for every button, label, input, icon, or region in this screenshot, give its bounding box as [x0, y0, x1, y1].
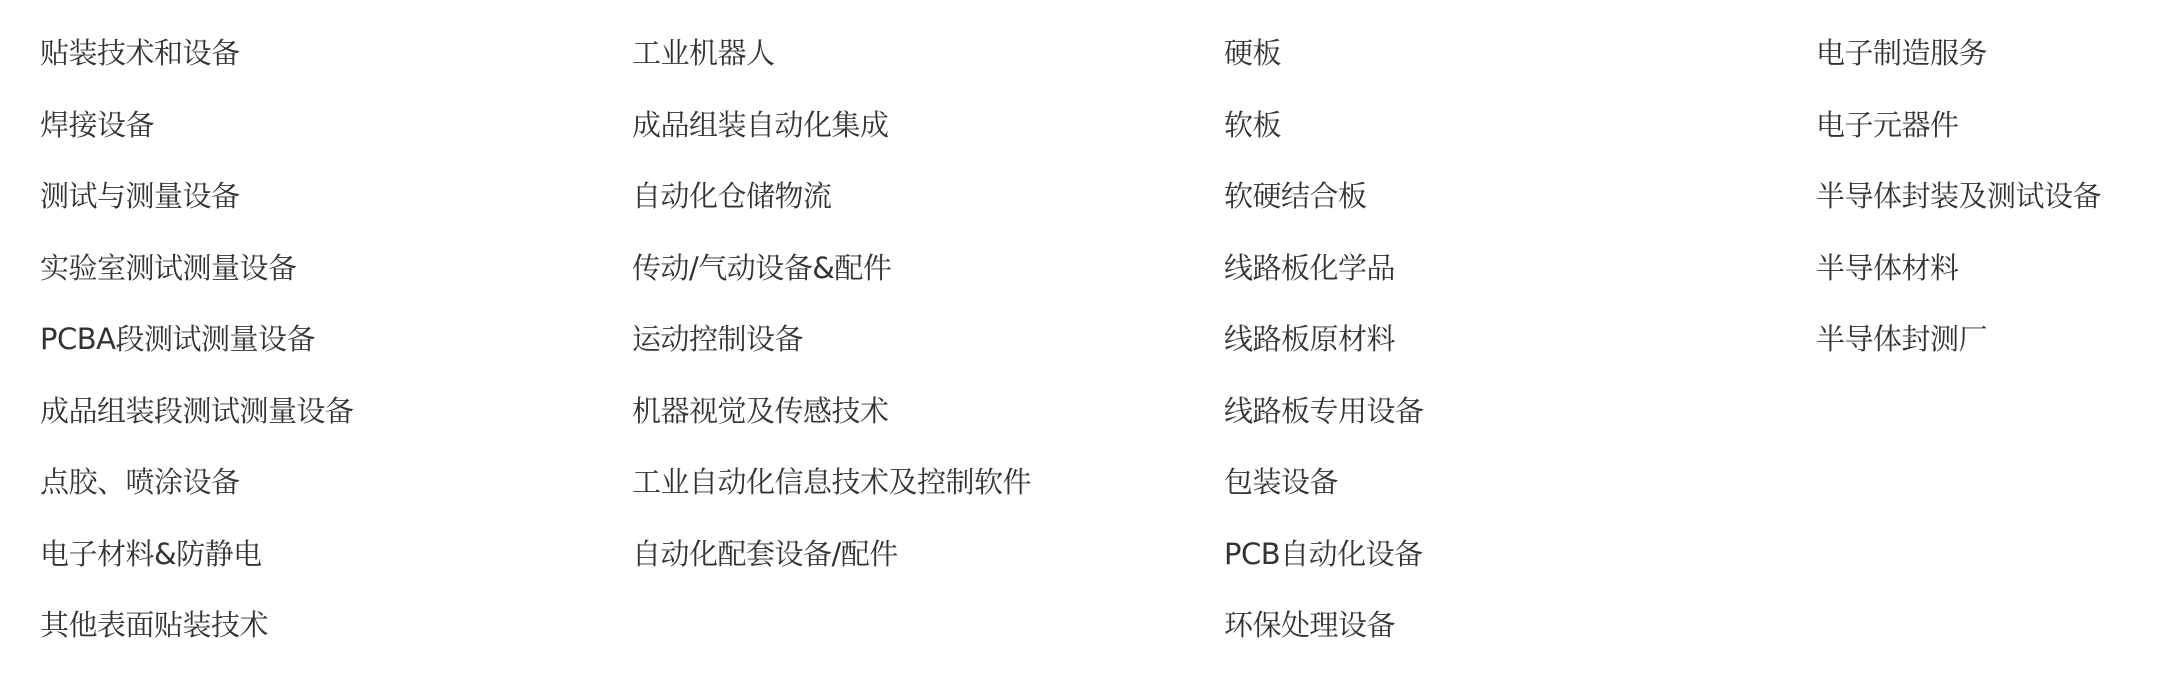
category-link[interactable]: 包装设备 — [1224, 461, 1816, 533]
category-link[interactable]: 其他表面贴装技术 — [40, 604, 632, 676]
category-link[interactable]: 环保处理设备 — [1224, 604, 1816, 676]
category-link[interactable]: 软板 — [1224, 104, 1816, 176]
category-link[interactable]: 电子材料&防静电 — [40, 533, 632, 605]
category-link[interactable]: 传动/气动设备&配件 — [632, 247, 1224, 319]
category-link[interactable]: 自动化仓储物流 — [632, 175, 1224, 247]
category-link[interactable]: 电子元器件 — [1816, 104, 2184, 176]
category-link[interactable]: 工业机器人 — [632, 32, 1224, 104]
category-link[interactable]: 自动化配套设备/配件 — [632, 533, 1224, 605]
category-link[interactable]: 线路板专用设备 — [1224, 390, 1816, 462]
category-link[interactable]: 焊接设备 — [40, 104, 632, 176]
category-link[interactable]: 半导体封测厂 — [1816, 318, 2184, 390]
category-link[interactable]: PCBA段测试测量设备 — [40, 318, 632, 390]
category-link[interactable]: 软硬结合板 — [1224, 175, 1816, 247]
category-link[interactable]: 运动控制设备 — [632, 318, 1224, 390]
category-column-smt: 贴装技术和设备 焊接设备 测试与测量设备 实验室测试测量设备 PCBA段测试测量… — [40, 0, 632, 676]
category-link[interactable]: 实验室测试测量设备 — [40, 247, 632, 319]
category-link[interactable]: 成品组装段测试测量设备 — [40, 390, 632, 462]
category-link[interactable]: 工业自动化信息技术及控制软件 — [632, 461, 1224, 533]
category-link[interactable]: 贴装技术和设备 — [40, 32, 632, 104]
category-column-automation: 工业机器人 成品组装自动化集成 自动化仓储物流 传动/气动设备&配件 运动控制设… — [632, 0, 1224, 676]
category-link[interactable]: 机器视觉及传感技术 — [632, 390, 1224, 462]
category-link[interactable]: 测试与测量设备 — [40, 175, 632, 247]
category-link[interactable]: 点胶、喷涂设备 — [40, 461, 632, 533]
category-link[interactable]: 硬板 — [1224, 32, 1816, 104]
category-column-pcb: 硬板 软板 软硬结合板 线路板化学品 线路板原材料 线路板专用设备 包装设备 P… — [1224, 0, 1816, 676]
category-link[interactable]: 电子制造服务 — [1816, 32, 2184, 104]
category-link[interactable]: 成品组装自动化集成 — [632, 104, 1224, 176]
category-link[interactable]: 半导体材料 — [1816, 247, 2184, 319]
category-grid: 贴装技术和设备 焊接设备 测试与测量设备 实验室测试测量设备 PCBA段测试测量… — [40, 0, 2184, 676]
category-column-electronics: 电子制造服务 电子元器件 半导体封装及测试设备 半导体材料 半导体封测厂 — [1816, 0, 2184, 676]
category-link[interactable]: 线路板化学品 — [1224, 247, 1816, 319]
category-link[interactable]: 半导体封装及测试设备 — [1816, 175, 2184, 247]
category-link[interactable]: PCB自动化设备 — [1224, 533, 1816, 605]
category-link[interactable]: 线路板原材料 — [1224, 318, 1816, 390]
